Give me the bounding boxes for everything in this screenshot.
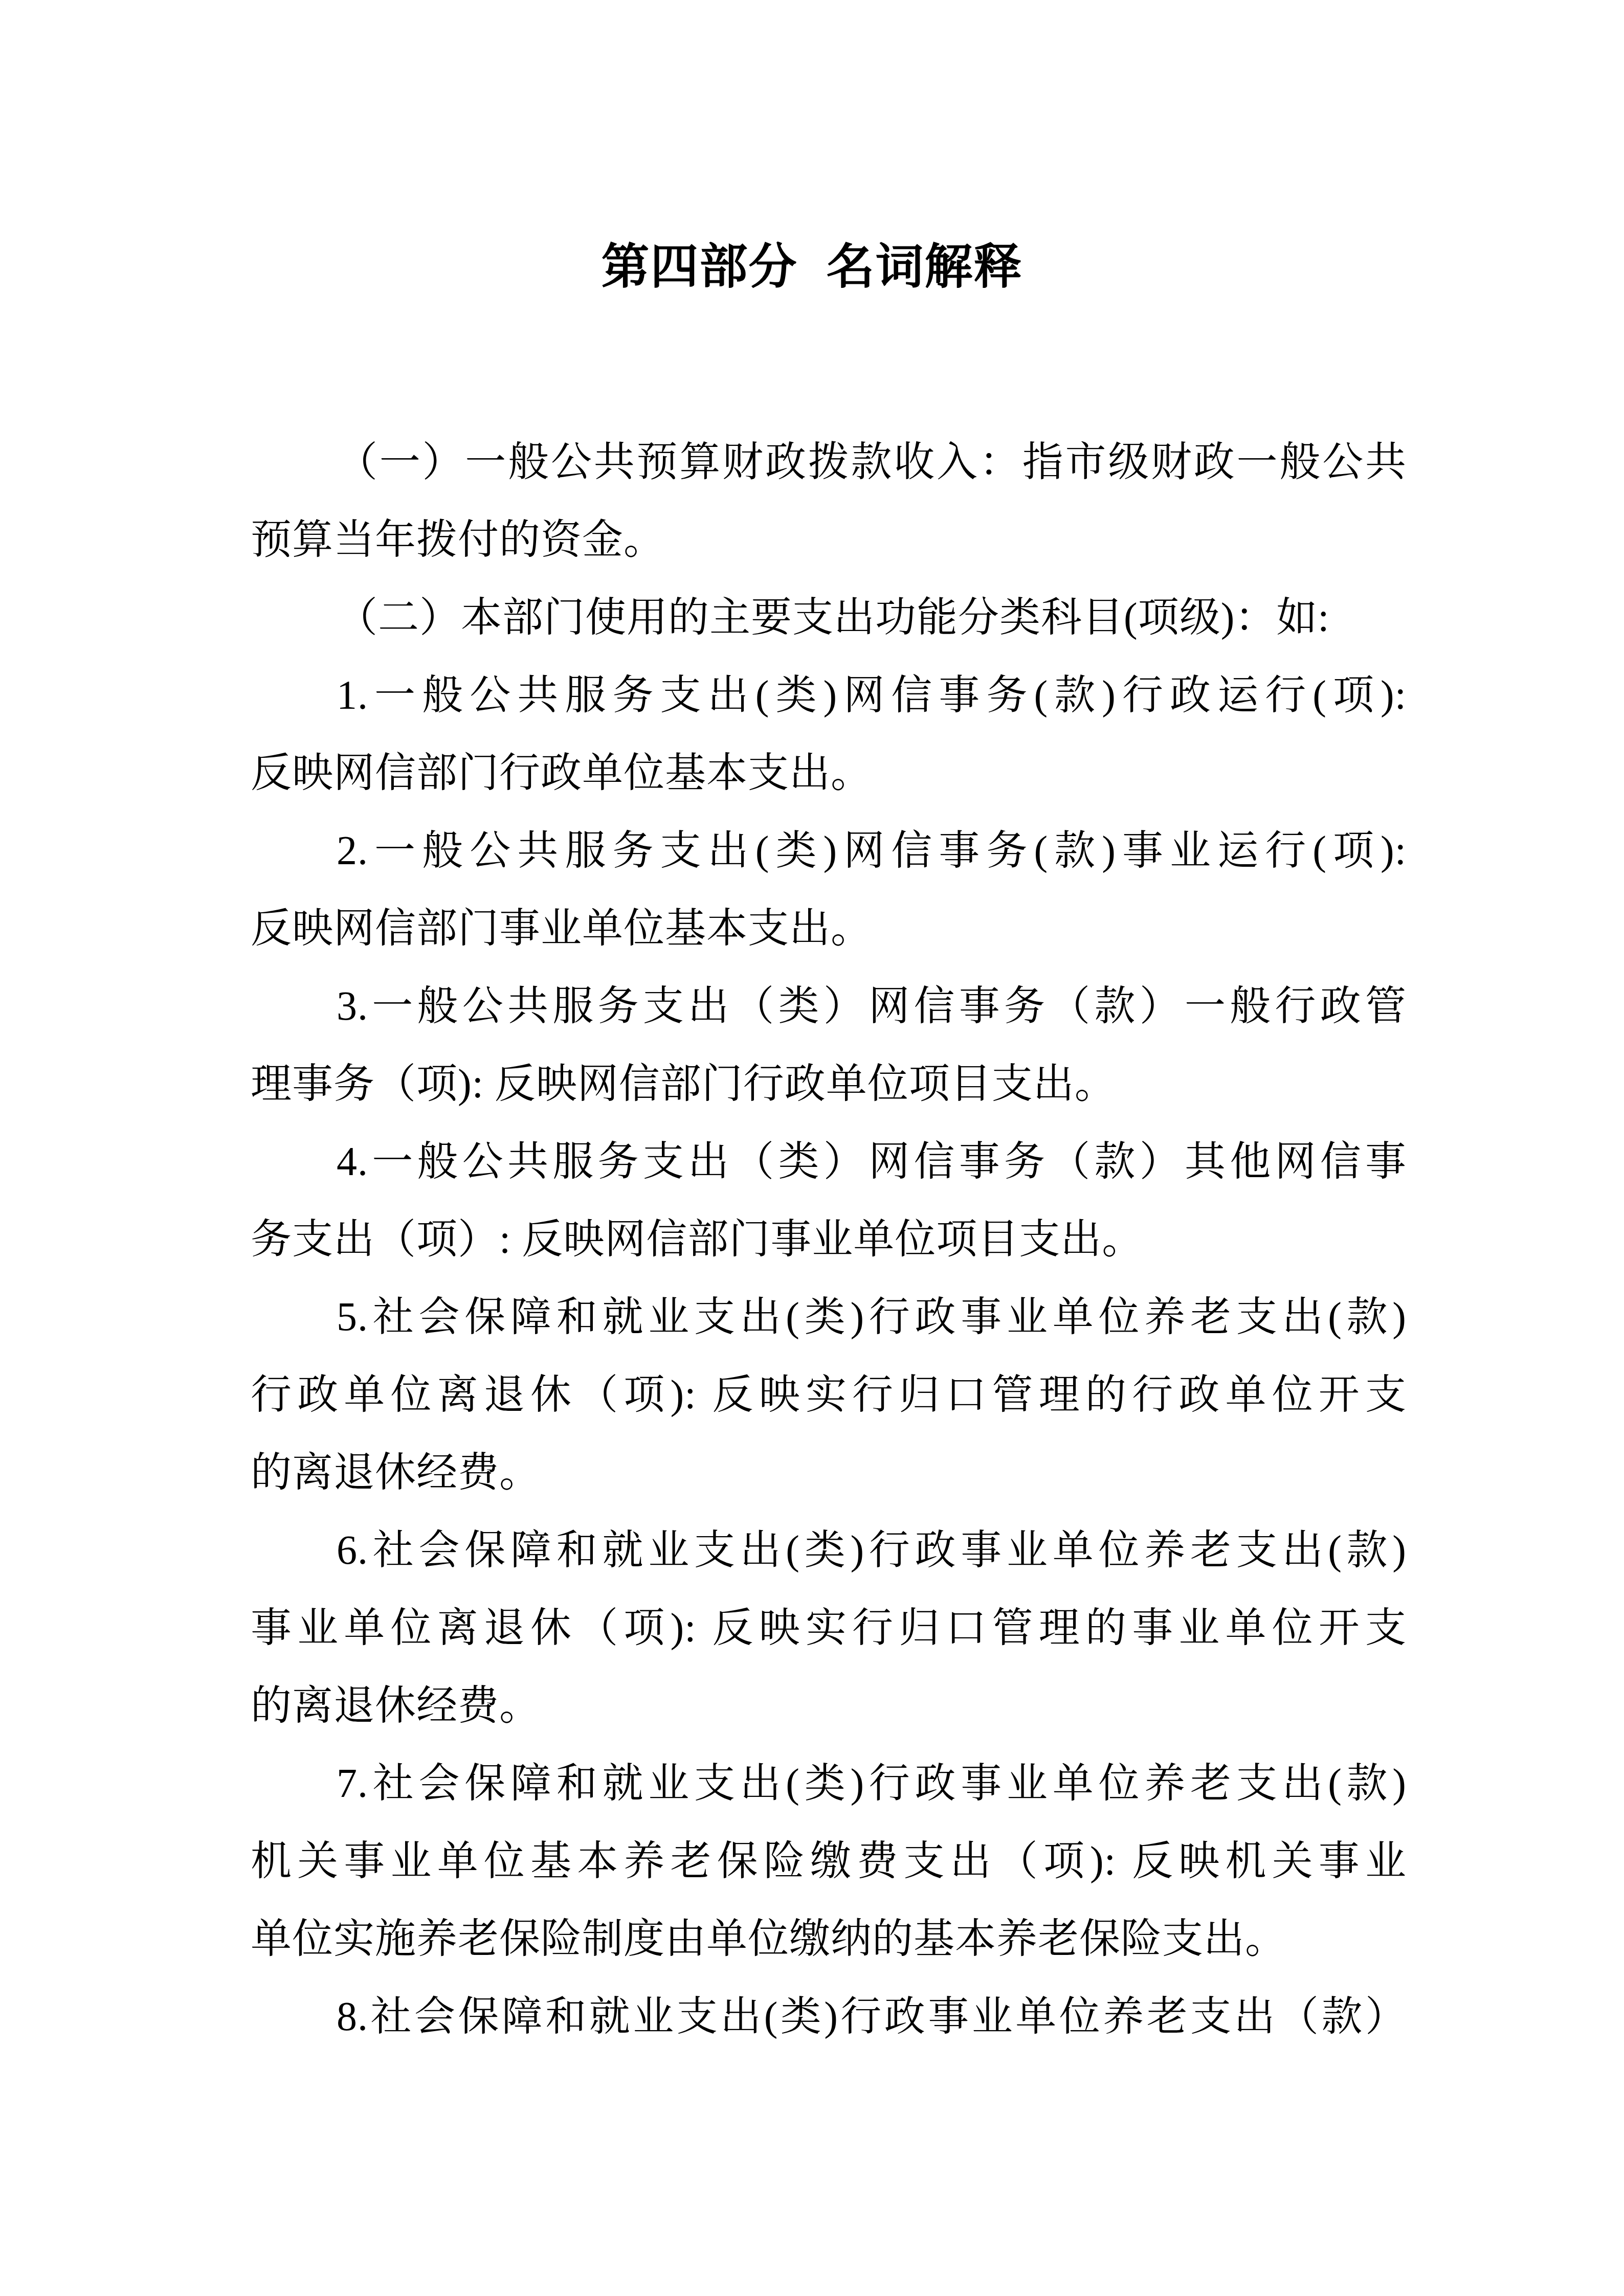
text-line: 理事务（项): 反映网信部门行政单位项目支出。 — [251, 1045, 1407, 1123]
text-line: （一）一般公共预算财政拨款收入：指市级财政一般公共 — [251, 423, 1407, 501]
paragraph-item-6: 6.社会保障和就业支出(类)行政事业单位养老支出(款)事业单位离退休（项): 反… — [251, 1512, 1407, 1745]
text-line: 务支出（项）: 反映网信部门事业单位项目支出。 — [251, 1201, 1407, 1278]
paragraph-item-3: 3.一般公共服务支出（类）网信事务（款）一般行政管理事务（项): 反映网信部门行… — [251, 967, 1407, 1123]
text-line: 预算当年拨付的资金。 — [251, 501, 1407, 579]
text-line: 反映网信部门行政单位基本支出。 — [251, 734, 1407, 812]
document-body: （一）一般公共预算财政拨款收入：指市级财政一般公共预算当年拨付的资金。（二）本部… — [251, 423, 1407, 2056]
text-line: 机关事业单位基本养老保险缴费支出（项): 反映机关事业 — [251, 1822, 1407, 1900]
paragraph-term-1: （一）一般公共预算财政拨款收入：指市级财政一般公共预算当年拨付的资金。 — [251, 423, 1407, 579]
text-line: 单位实施养老保险制度由单位缴纳的基本养老保险支出。 — [251, 1900, 1407, 1978]
document-page: { "document": { "title": "第四部分 名词解释", "p… — [0, 0, 1624, 2296]
paragraph-term-2: （二）本部门使用的主要支出功能分类科目(项级)：如: — [251, 579, 1407, 657]
paragraph-item-1: 1.一般公共服务支出(类)网信事务(款)行政运行(项):反映网信部门行政单位基本… — [251, 657, 1407, 812]
text-line: （二）本部门使用的主要支出功能分类科目(项级)：如: — [251, 579, 1407, 657]
text-line: 反映网信部门事业单位基本支出。 — [251, 890, 1407, 967]
text-line: 3.一般公共服务支出（类）网信事务（款）一般行政管 — [251, 967, 1407, 1045]
text-line: 的离退休经费。 — [251, 1667, 1407, 1745]
paragraph-item-2: 2.一般公共服务支出(类)网信事务(款)事业运行(项):反映网信部门事业单位基本… — [251, 812, 1407, 967]
text-line: 1.一般公共服务支出(类)网信事务(款)行政运行(项): — [251, 657, 1407, 734]
text-line: 8.社会保障和就业支出(类)行政事业单位养老支出（款） — [251, 1978, 1407, 2056]
text-line: 事业单位离退休（项): 反映实行归口管理的事业单位开支 — [251, 1589, 1407, 1667]
paragraph-item-8: 8.社会保障和就业支出(类)行政事业单位养老支出（款） — [251, 1978, 1407, 2056]
text-line: 4.一般公共服务支出（类）网信事务（款）其他网信事 — [251, 1123, 1407, 1201]
text-line: 行政单位离退休（项): 反映实行归口管理的行政单位开支 — [251, 1356, 1407, 1434]
text-line: 7.社会保障和就业支出(类)行政事业单位养老支出(款) — [251, 1745, 1407, 1822]
document-title: 第四部分 名词解释 — [0, 231, 1624, 303]
paragraph-item-5: 5.社会保障和就业支出(类)行政事业单位养老支出(款)行政单位离退休（项): 反… — [251, 1278, 1407, 1512]
paragraph-item-4: 4.一般公共服务支出（类）网信事务（款）其他网信事务支出（项）: 反映网信部门事… — [251, 1123, 1407, 1278]
text-line: 2.一般公共服务支出(类)网信事务(款)事业运行(项): — [251, 812, 1407, 890]
text-line: 的离退休经费。 — [251, 1434, 1407, 1512]
paragraph-item-7: 7.社会保障和就业支出(类)行政事业单位养老支出(款)机关事业单位基本养老保险缴… — [251, 1745, 1407, 1978]
text-line: 6.社会保障和就业支出(类)行政事业单位养老支出(款) — [251, 1512, 1407, 1589]
text-line: 5.社会保障和就业支出(类)行政事业单位养老支出(款) — [251, 1278, 1407, 1356]
